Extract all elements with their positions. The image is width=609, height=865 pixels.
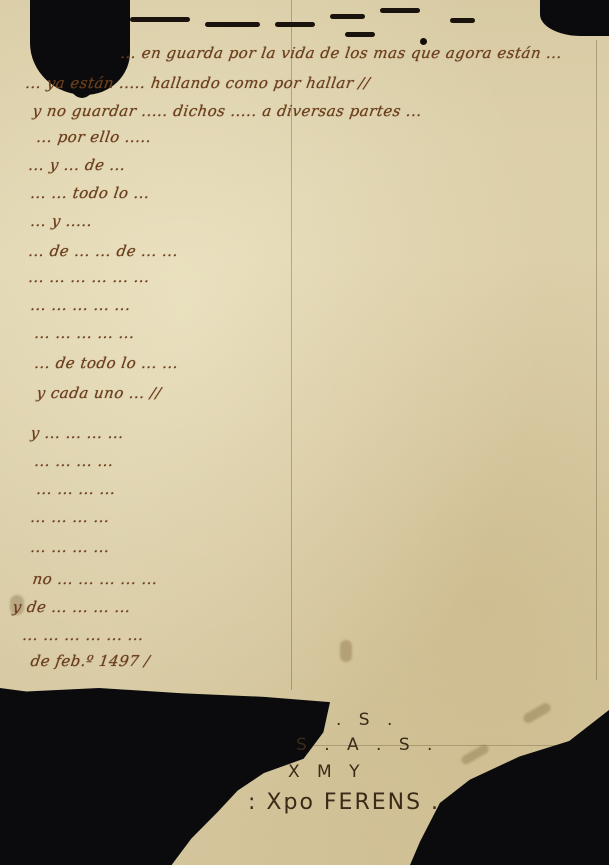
top-ink-marks	[130, 2, 510, 42]
date-line: de feb.º 1497 /	[28, 652, 232, 680]
text-line: ... de todo lo ... ...	[32, 354, 576, 382]
text-line: ... de ... ... de ... ...	[26, 242, 570, 270]
text-line: y cada uno ... //	[34, 384, 278, 412]
text-line: ... ... ... ... ... ...	[26, 268, 570, 296]
text-line: y de ... ... ... ...	[10, 598, 554, 626]
text-line: ... ... ... ... ... ...	[20, 626, 564, 654]
signature-name: : Xpo FERENS .	[248, 790, 440, 815]
text-line: ... y .....	[28, 212, 572, 240]
margin-rule	[596, 40, 597, 680]
text-line: ... en guarda por la vida de los mas que…	[118, 44, 592, 72]
signature-line-3: X M Y	[288, 762, 366, 782]
text-line: ... ... ... ... ...	[28, 296, 572, 324]
text-line: ... ... ... ... ...	[32, 324, 576, 352]
text-line: ... ... ... ...	[28, 538, 572, 566]
text-line: ... y ... de ...	[26, 156, 570, 184]
text-line: no ... ... ... ... ...	[30, 570, 574, 598]
text-line: ... ... ... ...	[34, 480, 578, 508]
text-line: ... ya están ..... hallando como por hal…	[23, 74, 567, 102]
text-line: ... ... todo lo ...	[28, 184, 572, 212]
text-line: y ... ... ... ...	[28, 424, 572, 452]
manuscript-page: ... en guarda por la vida de los mas que…	[0, 0, 609, 865]
text-line: y no guardar ..... dichos ..... a divers…	[30, 102, 574, 130]
text-line: ... ... ... ...	[28, 508, 572, 536]
signature-line-2: S . A . S .	[296, 735, 438, 755]
text-line: ... ... ... ...	[32, 452, 576, 480]
text-line: ... por ello .....	[34, 128, 578, 156]
signature-line-1: . S .	[336, 710, 398, 730]
